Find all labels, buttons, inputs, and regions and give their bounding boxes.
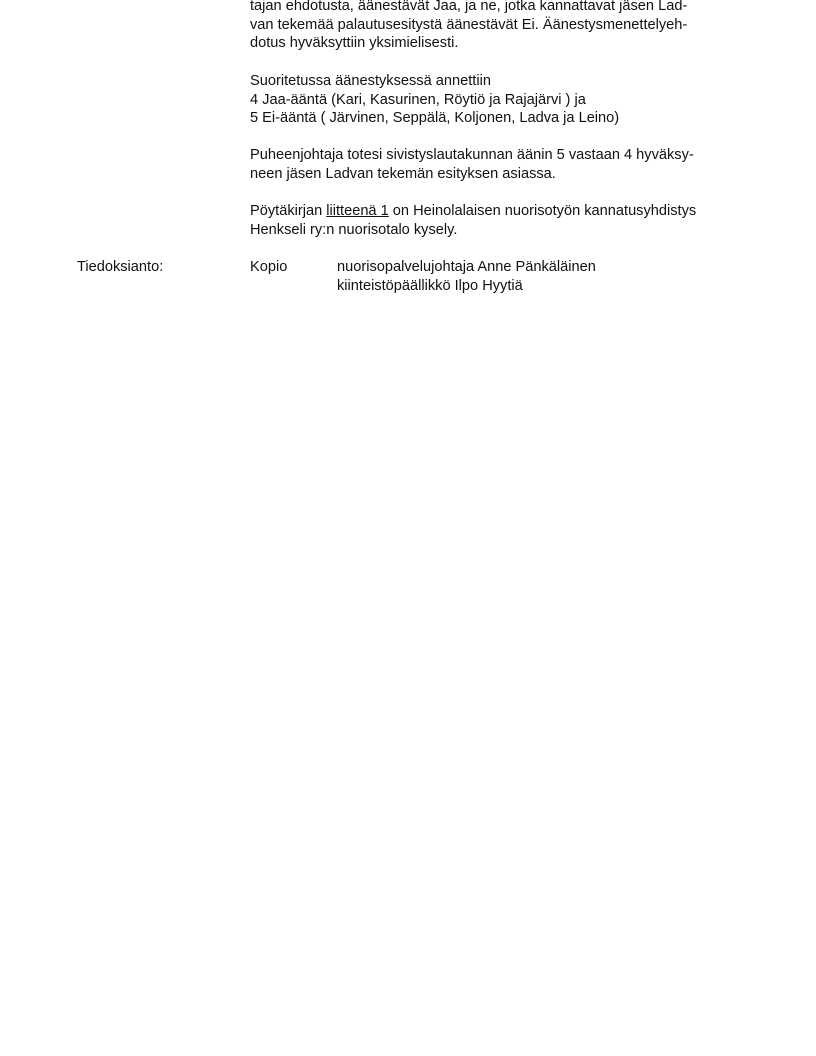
text-line: Henkseli ry:n nuorisotalo kysely. [250, 221, 750, 240]
paragraph-attachment: Pöytäkirjan liitteenä 1 on Heinolalaisen… [250, 202, 750, 239]
recipient-list: nuorisopalvelujohtaja Anne Pänkäläinen k… [337, 258, 596, 295]
text-line: 4 Jaa-ääntä (Kari, Kasurinen, Röytiö ja … [250, 91, 750, 110]
paragraph-chair-statement: Puheenjohtaja totesi sivistyslautakunnan… [250, 146, 750, 183]
recipient: nuorisopalvelujohtaja Anne Pänkäläinen [337, 258, 596, 277]
text-line: dotus hyväksyttiin yksimielisesti. [250, 34, 750, 53]
paragraph-vote-result: Suoritetussa äänestyksessä annettiin 4 J… [250, 72, 750, 128]
distribution-label: Tiedoksianto: [77, 258, 163, 277]
text-line: Pöytäkirjan liitteenä 1 on Heinolalaisen… [250, 202, 750, 221]
document-page: tajan ehdotusta, äänestävät Jaa, ja ne, … [0, 0, 816, 1056]
text-line: Puheenjohtaja totesi sivistyslautakunnan… [250, 146, 750, 165]
text-line: 5 Ei-ääntä ( Järvinen, Seppälä, Koljonen… [250, 109, 750, 128]
attachment-link[interactable]: liitteenä 1 [326, 203, 388, 219]
text-line: neen jäsen Ladvan tekemän esityksen asia… [250, 165, 750, 184]
paragraph-voting-procedure: tajan ehdotusta, äänestävät Jaa, ja ne, … [250, 0, 750, 53]
distribution-kind: Kopio [250, 258, 287, 277]
text-segment: Pöytäkirjan [250, 203, 326, 219]
recipient: kiinteistöpäällikkö Ilpo Hyytiä [337, 277, 596, 296]
text-line: tajan ehdotusta, äänestävät Jaa, ja ne, … [250, 0, 750, 16]
text-line: Suoritetussa äänestyksessä annettiin [250, 72, 750, 91]
text-segment: on Heinolalaisen nuorisotyön kannatusyhd… [389, 203, 696, 219]
text-line: van tekemää palautusesitystä äänestävät … [250, 16, 750, 35]
